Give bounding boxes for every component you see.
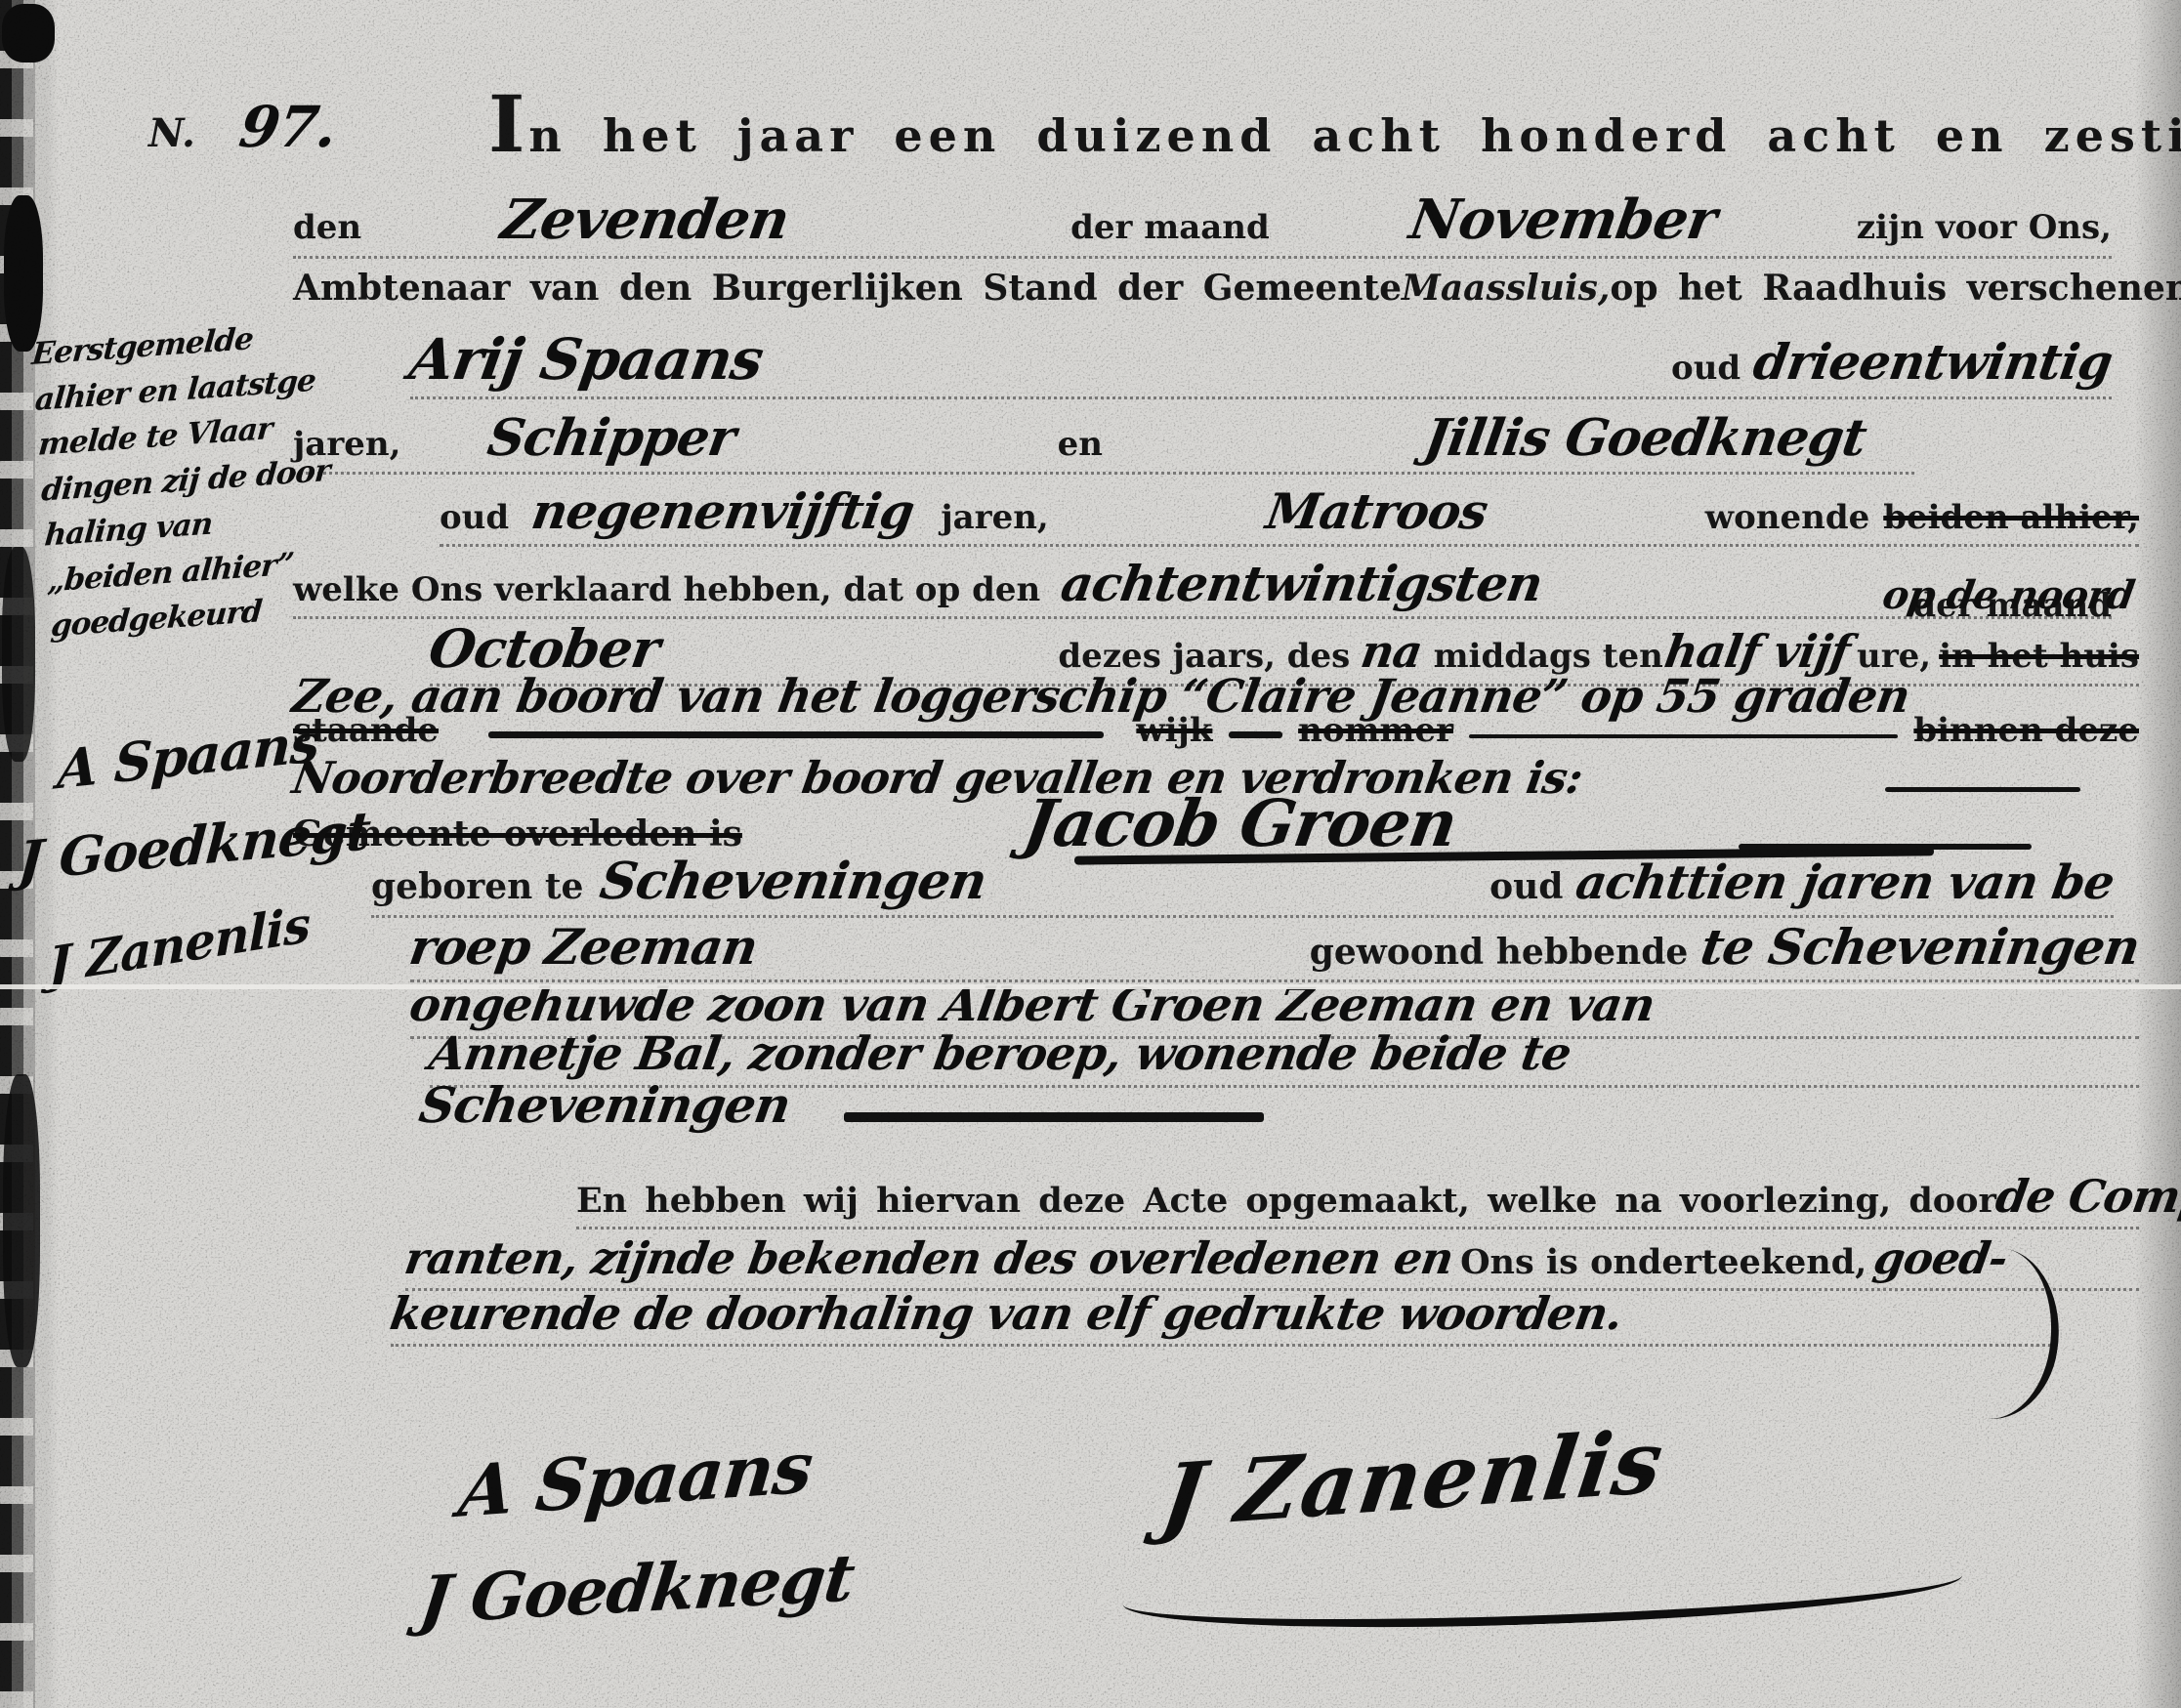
- printed-text: oud: [1671, 349, 1741, 388]
- act-line: ranten, zijnde bekenden des overledenen …: [405, 1232, 2139, 1291]
- printed-text: den: [293, 208, 361, 247]
- declarant1-occupation: Schipper: [484, 408, 740, 468]
- printed-text: oud: [440, 498, 509, 537]
- printed-text: gewoond hebbende: [1310, 932, 1689, 973]
- ink-stroke: [1739, 844, 2032, 850]
- ink-blotch: [2, 4, 55, 62]
- month-field: November: [1405, 187, 1721, 252]
- death-day: achtentwintigsten: [1058, 555, 1547, 612]
- act-line: geboren teScheveningenoudachttien jaren …: [371, 852, 2114, 918]
- ink-stroke: [844, 1112, 1264, 1122]
- signature-official: J Zanenlis: [1155, 1409, 1670, 1547]
- declarant2-age: negenenvijftig: [527, 482, 918, 540]
- ink-stroke: [1229, 731, 1282, 738]
- parents-residence: Scheveningen: [415, 1076, 794, 1134]
- margin-signature-witness-1: A Spaans: [56, 711, 320, 802]
- handwritten-text: ranten, zijnde bekenden des overledenen …: [401, 1232, 1456, 1284]
- printed-text: der maand: [1070, 208, 1270, 247]
- printed-text: op het Raadhuis verschenen: [1610, 268, 2181, 309]
- signature-witness-1: A Spaans: [455, 1425, 817, 1533]
- printed-text: wonende: [1705, 498, 1869, 537]
- act-number: 97.: [235, 94, 342, 160]
- declarant2-occupation: Matroos: [1263, 482, 1491, 540]
- printed-text: zijn voor Ons,: [1857, 208, 2112, 247]
- act-line: oudnegenenvijftigjaren,Matrooswonendebei…: [440, 482, 2139, 547]
- printed-text: jaren,: [941, 498, 1048, 537]
- deceased-residence: te Scheveningen: [1698, 918, 2144, 976]
- signature-swash: [1123, 1575, 1964, 1639]
- ink-blotch: [3, 1074, 40, 1367]
- act-line: In het jaar een duizend acht honderd ach…: [488, 78, 2118, 170]
- act-line: Scheveningen: [420, 1076, 1690, 1134]
- insertion-above-line: op de noord: [1879, 572, 2137, 618]
- header-initial: I: [488, 78, 528, 170]
- scan-white-line: [0, 984, 2181, 989]
- margin-annotation: Eerstgemeldealhier en laatstgemelde te V…: [30, 306, 433, 649]
- struck-text: binnen deze: [1913, 711, 2139, 750]
- deceased-occupation: roep Zeeman: [405, 918, 761, 976]
- printed-text: Ons is onderteekend,: [1460, 1242, 1866, 1282]
- declarant2-name: Jillis Goedknegt: [1420, 408, 1870, 468]
- struck-text: nommer: [1298, 711, 1453, 750]
- deceased-birthplace: Scheveningen: [597, 852, 991, 911]
- ink-blotch: [4, 195, 43, 352]
- margin-signature-official: J Zanenlis: [49, 895, 310, 994]
- death-certificate-scan-1868: N.97.In het jaar een duizend acht honder…: [0, 0, 2181, 1708]
- act-line: jaren,SchipperenJillis Goedknegt: [293, 408, 1914, 475]
- struck-text: beiden alhier,: [1883, 498, 2139, 537]
- day-field: Zevenden: [497, 187, 793, 252]
- act-line: En hebben wij hiervan deze Acte opgemaak…: [576, 1170, 2139, 1229]
- printed-text: oud: [1489, 866, 1563, 907]
- act-line: welke Ons verklaard hebben, dat op denac…: [293, 555, 2112, 619]
- handwritten-text: goed-: [1870, 1232, 2011, 1284]
- act-line: roep Zeemangewoond hebbendete Schevening…: [410, 918, 2139, 982]
- act-line: Gemeente overleden isJacob Groen: [293, 785, 2139, 861]
- declarant1-name: Arij Spaans: [405, 326, 768, 393]
- deceased-name: Jacob Groen: [1019, 785, 1462, 861]
- act-line: Ambtenaar van den Burgerlijken Stand der…: [293, 268, 2112, 309]
- parents-line2: Annetje Bal, zonder beroep, wonende beid…: [426, 1027, 1574, 1081]
- ink-stroke: [1469, 734, 1897, 738]
- scan-edge-right: [2134, 0, 2181, 1708]
- printed-text: N.: [148, 110, 195, 156]
- ink-blotch: [2, 547, 35, 762]
- act-line: staandewijknommerbinnen deze: [293, 711, 2139, 750]
- printed-text: geboren te: [371, 866, 583, 907]
- margin-signature-witness-2: J Goedknegt: [16, 799, 371, 893]
- declarant1-age: drieentwintig: [1750, 333, 2117, 391]
- printed-text: En hebben wij hiervan deze Acte opgemaak…: [576, 1181, 1996, 1221]
- deceased-age: achttien jaren van be: [1573, 855, 2118, 910]
- handwritten-text: de Compa-: [1992, 1170, 2181, 1223]
- municipality-name: Maassluis,: [1402, 268, 1610, 309]
- closing-approval: keurende de doorhaling van elf gedrukte …: [387, 1287, 1626, 1340]
- signature-witness-2: J Goedknegt: [415, 1539, 858, 1639]
- act-line: Arij Spaansouddrieentwintig: [410, 326, 2112, 399]
- printed-text: en: [1058, 425, 1103, 464]
- act-line: N.97.: [148, 94, 471, 160]
- ink-stroke: [488, 731, 1104, 738]
- act-line: keurende de doorhaling van elf gedrukte …: [391, 1287, 2051, 1347]
- header-year-text: n het jaar een duizend acht honderd acht…: [528, 109, 2181, 162]
- struck-text: wijk: [1136, 711, 1212, 750]
- printed-text: Ambtenaar van den Burgerlijken Stand der…: [293, 268, 1402, 309]
- act-line: denZevendender maandNovemberzijn voor On…: [293, 187, 2112, 259]
